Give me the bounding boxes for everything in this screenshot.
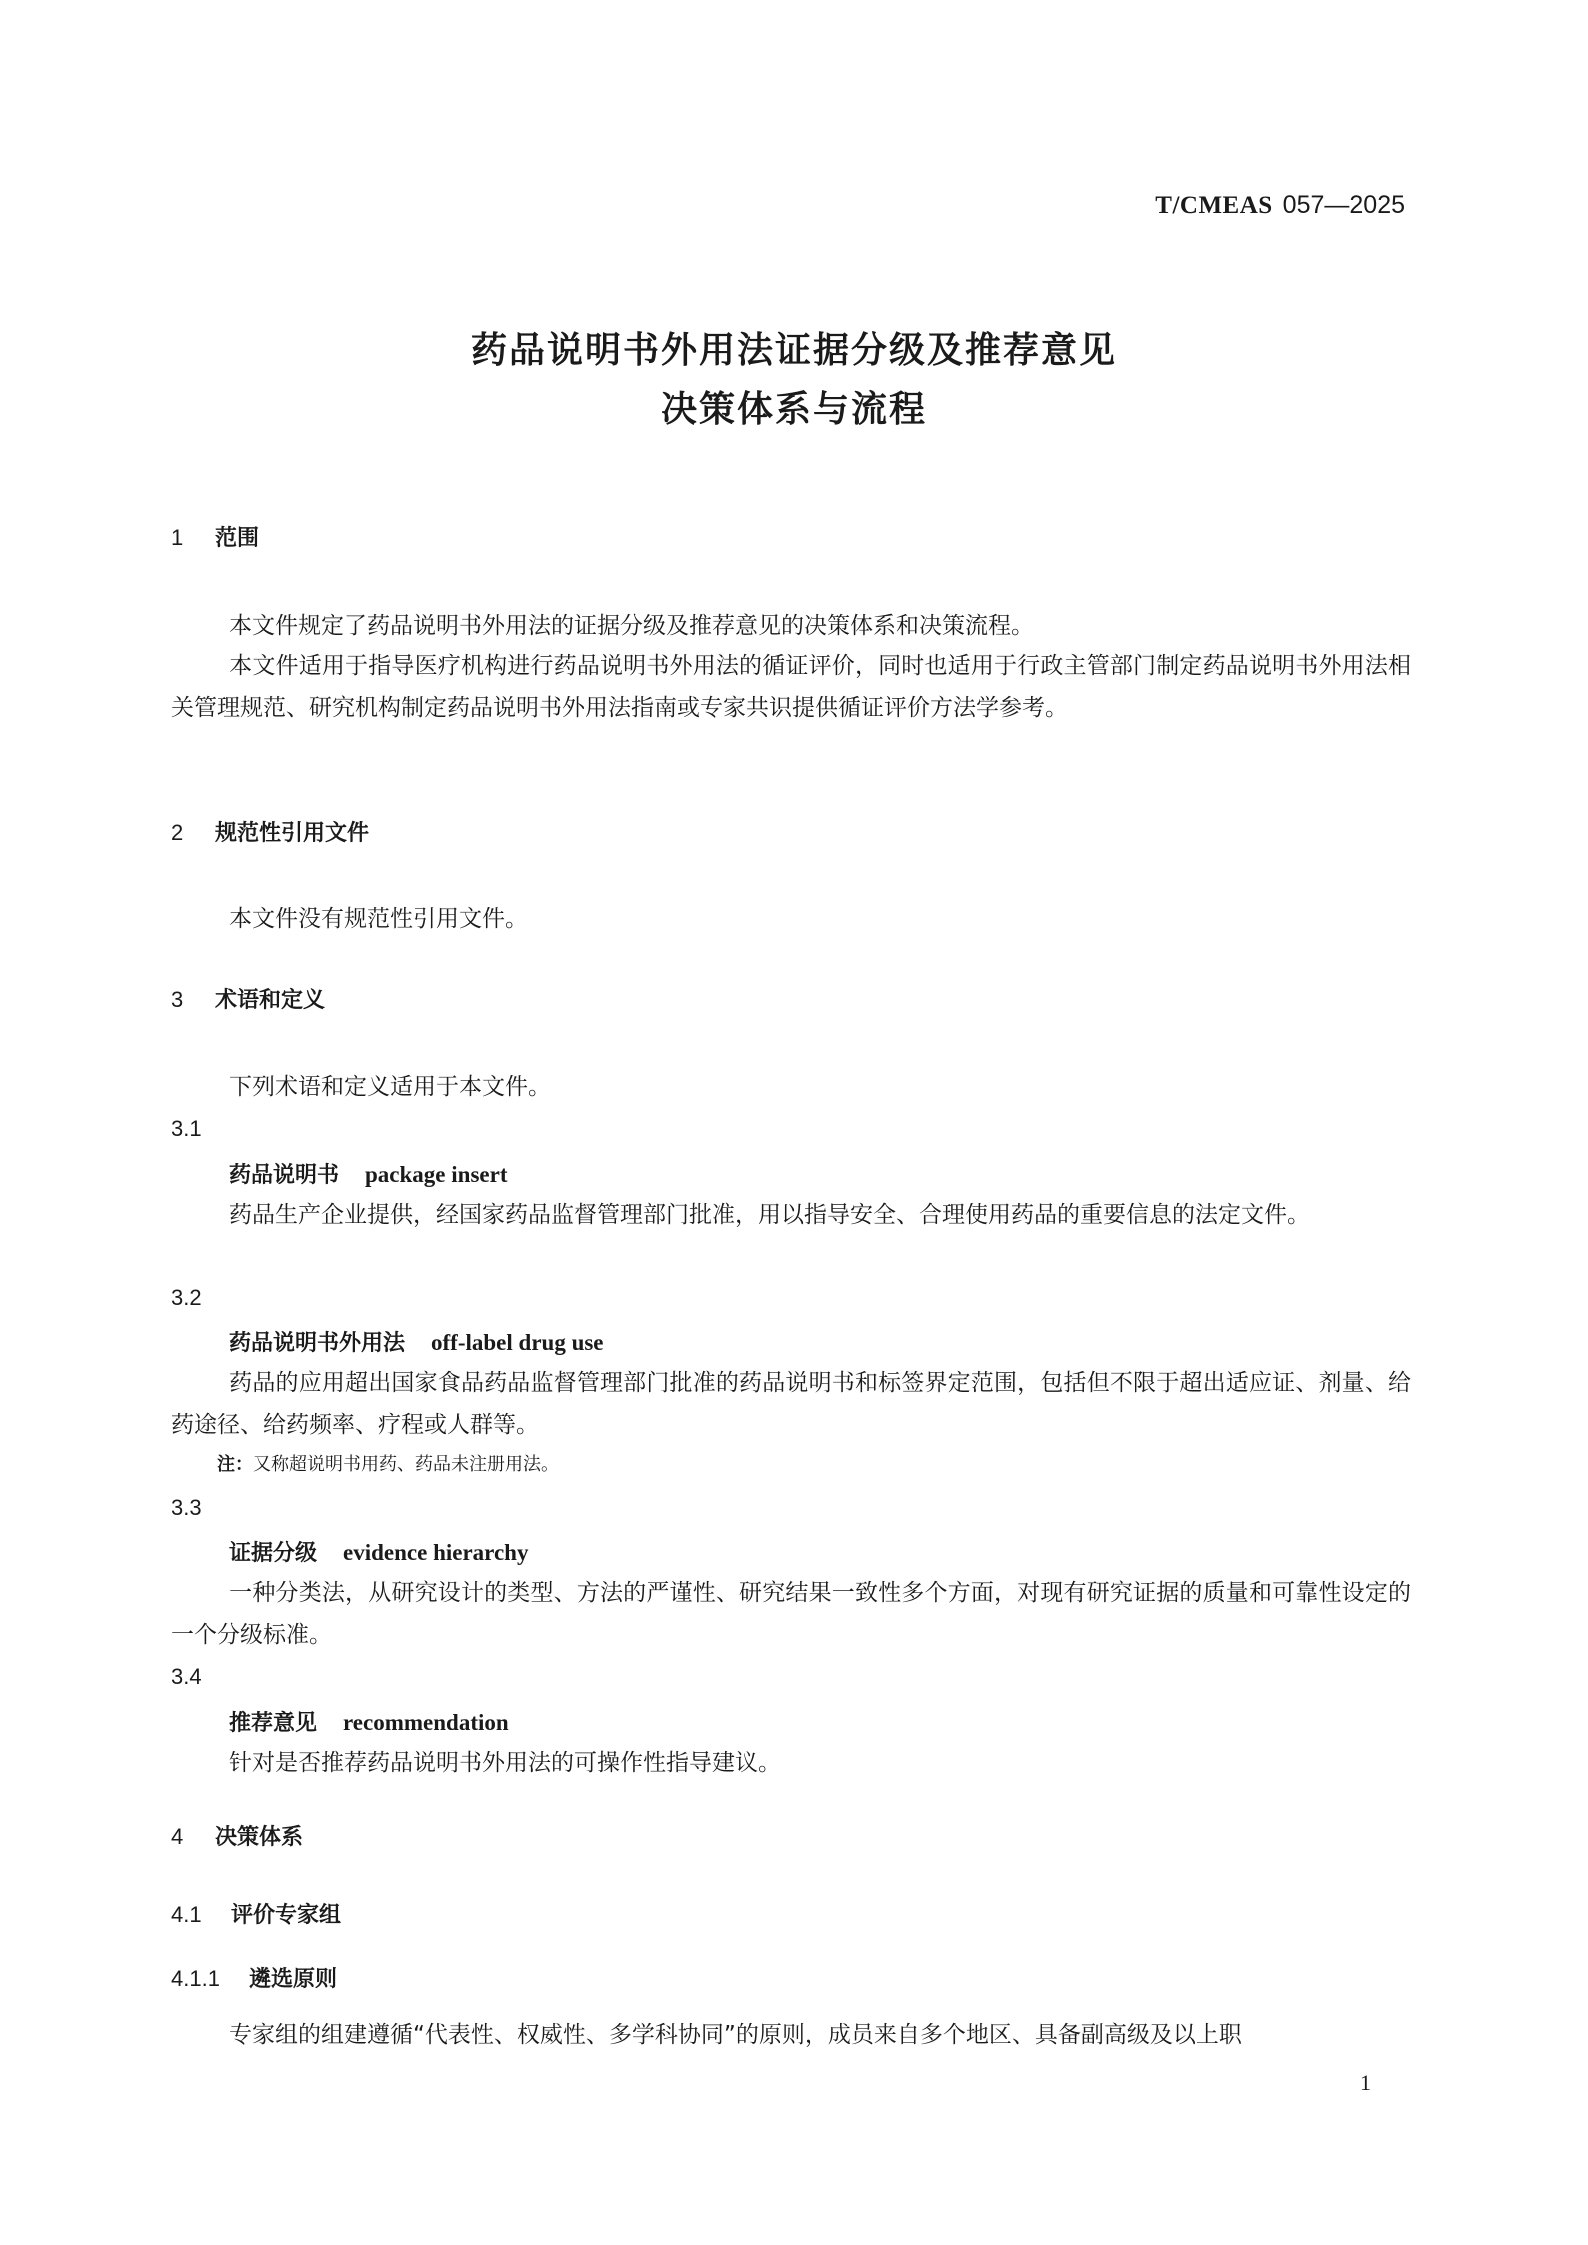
section-number: 3 [171,985,215,1015]
section-number: 4.1 [171,1900,231,1930]
term-number: 3.3 [171,1493,202,1523]
term-heading: 药品说明书package insert [229,1160,507,1191]
term-heading: 药品说明书外用法off-label drug use [229,1328,604,1359]
term-en: package insert [365,1162,507,1187]
section-title: 术语和定义 [215,988,325,1013]
term-number: 3.4 [171,1662,202,1692]
term-note: 注：又称超说明书用药、药品未注册用法。 [217,1452,559,1478]
terms-intro-paragraph: 下列术语和定义适用于本文件。 [171,1066,1411,1108]
term-zh: 药品说明书外用法 [229,1331,405,1356]
term-en: recommendation [343,1710,509,1735]
section-title: 决策体系 [215,1825,303,1850]
term-definition: 一种分类法，从研究设计的类型、方法的严谨性、研究结果一致性多个方面，对现有研究证… [171,1572,1411,1656]
term-en: off-label drug use [431,1330,604,1355]
section-heading-scope: 1范围 [171,523,259,554]
selection-principles-paragraph: 专家组的组建遵循“代表性、权威性、多学科协同”的原则，成员来自多个地区、具备副高… [171,2014,1411,2056]
term-heading: 推荐意见recommendation [229,1708,509,1739]
note-text: 又称超说明书用药、药品未注册用法。 [253,1454,559,1475]
scope-paragraph-1: 本文件规定了药品说明书外用法的证据分级及推荐意见的决策体系和决策流程。 [171,605,1411,647]
standard-number: 057—2025 [1283,191,1405,219]
term-en: evidence hierarchy [343,1540,528,1565]
document-title-line1: 药品说明书外用法证据分级及推荐意见 [0,331,1588,371]
term-zh: 证据分级 [229,1541,317,1566]
section-heading-decision-system: 4决策体系 [171,1822,303,1853]
term-definition: 药品的应用超出国家食品药品监督管理部门批准的药品说明书和标签界定范围，包括但不限… [171,1362,1411,1446]
term-number: 3.1 [171,1114,202,1144]
subsection-heading-expert-panel: 4.1评价专家组 [171,1900,341,1931]
section-number: 2 [171,818,215,848]
section-number: 4 [171,1822,215,1852]
term-zh: 推荐意见 [229,1711,317,1736]
standard-code: T/CMEAS057—2025 [1155,190,1405,221]
term-number: 3.2 [171,1283,202,1313]
section-heading-normative-references: 2规范性引用文件 [171,818,369,849]
section-title: 遴选原则 [249,1967,337,1992]
standard-prefix: T/CMEAS [1155,192,1272,219]
normative-references-paragraph: 本文件没有规范性引用文件。 [171,898,1411,940]
document-title-line2: 决策体系与流程 [0,390,1588,430]
section-title: 规范性引用文件 [215,821,369,846]
subsection-heading-selection-principles: 4.1.1遴选原则 [171,1964,337,1995]
section-number: 1 [171,523,215,553]
section-title: 评价专家组 [231,1903,341,1928]
term-zh: 药品说明书 [229,1163,339,1188]
note-label: 注： [217,1454,253,1475]
term-heading: 证据分级evidence hierarchy [229,1538,528,1569]
section-title: 范围 [215,526,259,551]
page-number: 1 [1360,2070,1371,2096]
scope-paragraph-2: 本文件适用于指导医疗机构进行药品说明书外用法的循证评价，同时也适用于行政主管部门… [171,645,1411,729]
term-definition: 药品生产企业提供，经国家药品监督管理部门批准，用以指导安全、合理使用药品的重要信… [171,1194,1411,1236]
section-number: 4.1.1 [171,1964,249,1994]
section-heading-terms: 3术语和定义 [171,985,325,1016]
term-definition: 针对是否推荐药品说明书外用法的可操作性指导建议。 [171,1742,1411,1784]
